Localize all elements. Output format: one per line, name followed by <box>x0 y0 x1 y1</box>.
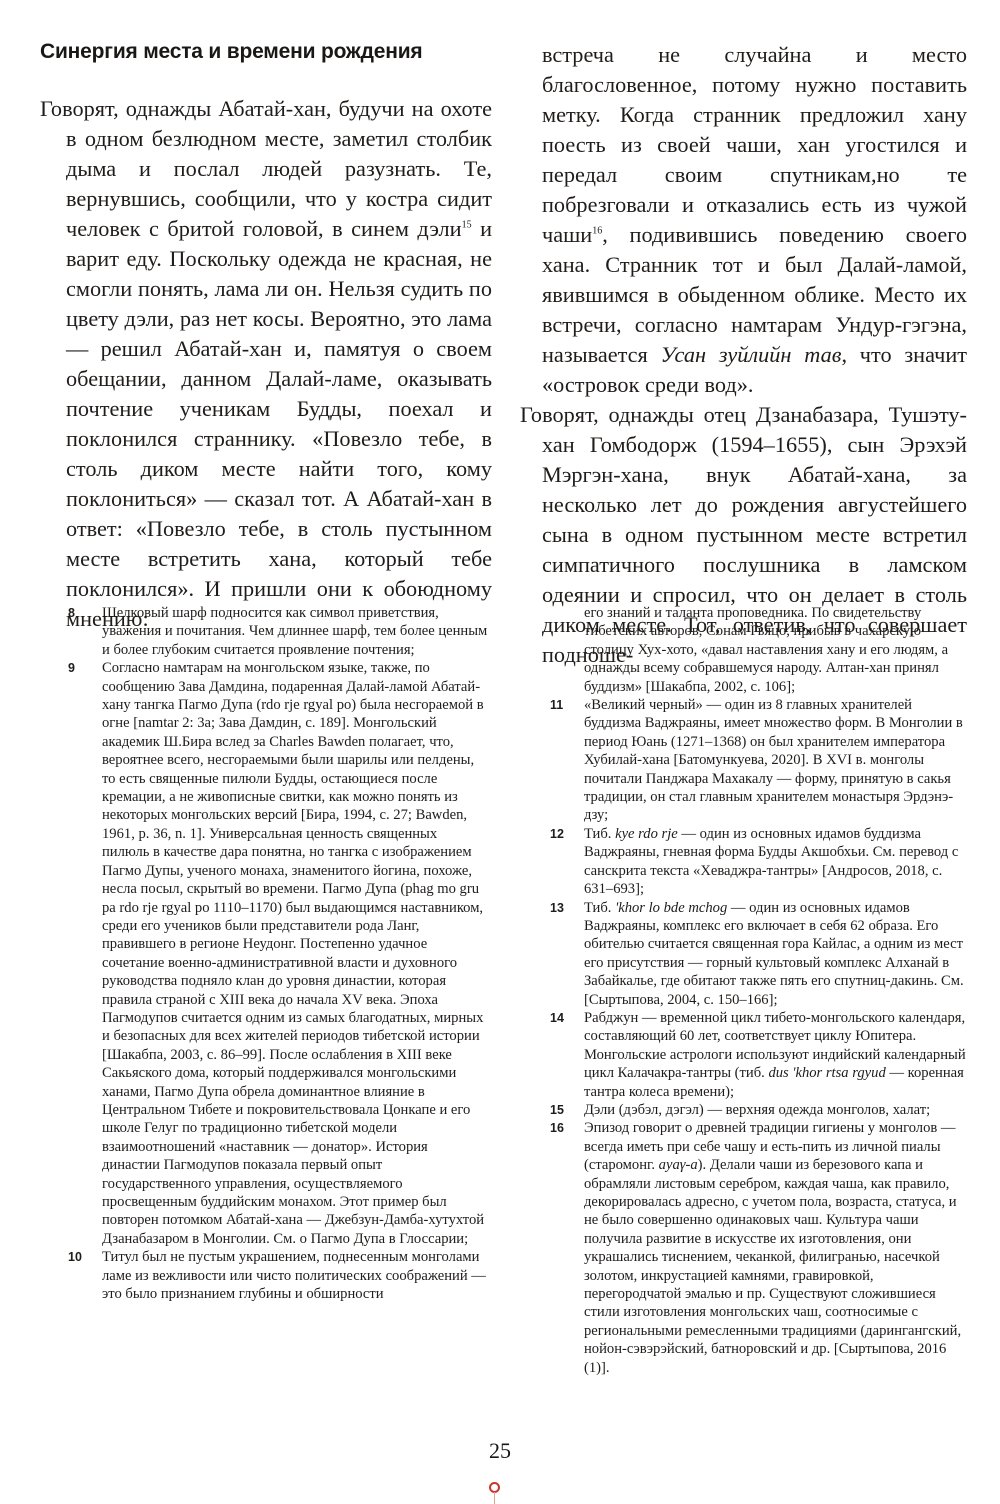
footnote-text: Тиб. <box>584 900 615 916</box>
footnote-text: «Великий черный» — один из 8 главных хра… <box>584 697 963 823</box>
footnote-text: Титул был не пустым украшением, поднесен… <box>102 1249 486 1302</box>
main-text-right-column: встреча не случайна и место благословенн… <box>520 40 967 670</box>
footnotes-right-column: его знаний и таланта проповедника. По св… <box>550 604 970 1377</box>
footnote-ref-15[interactable]: 15 <box>462 220 472 231</box>
page-number: 25 <box>0 1438 1000 1464</box>
footnote-14: 14Рабджун — временной цикл тибето-монгол… <box>550 1009 970 1101</box>
pin-stem <box>494 1492 495 1504</box>
footnote-text: Шелковый шарф подносится как символ прив… <box>102 605 487 658</box>
footnote-text: Тиб. <box>584 826 615 842</box>
paragraph-text: и варит еду. Поскольку одежда не красная… <box>66 216 492 631</box>
footnote-text: Дэли (дэбэл, дэгэл) — верхняя одежда мон… <box>584 1102 930 1118</box>
footnote-9: 9Согласно намтарам на монгольском языке,… <box>68 659 488 1248</box>
footnote-16: 16Эпизод говорит о древней традиции гиги… <box>550 1119 970 1377</box>
paragraph-text: Говорят, однажды Абатай-хан, будучи на о… <box>40 96 492 241</box>
book-page: Синергия места и времени рождения Говоря… <box>0 0 1000 1504</box>
footnote-8: 8Шелковый шарф подносится как символ при… <box>68 604 488 659</box>
main-text-left-column: Синергия места и времени рождения Говоря… <box>40 38 492 634</box>
footnote-ref-16[interactable]: 16 <box>592 226 602 237</box>
italic-term: ayaγ-a <box>659 1157 698 1173</box>
footnote-text: ). Делали чаши из березового капа и обра… <box>584 1157 961 1375</box>
paragraph-continuation: встреча не случайна и место благословенн… <box>520 40 967 400</box>
footnote-text: его знаний и таланта проповедника. По св… <box>584 605 948 695</box>
paragraph-text: встреча не случайна и место благословенн… <box>542 42 967 247</box>
italic-term: Усан зуйлийн тав <box>661 342 842 367</box>
footnote-number: 12 <box>550 825 574 843</box>
footnote-number: 10 <box>68 1248 92 1266</box>
footnote-13: 13Тиб. 'khor lo bde mchog — один из осно… <box>550 899 970 1009</box>
footnote-number: 9 <box>68 659 92 677</box>
paragraph-abatai-khan-hunt: Говорят, однажды Абатай-хан, будучи на о… <box>40 94 492 634</box>
footnotes-left-column: 8Шелковый шарф подносится как символ при… <box>68 604 488 1303</box>
footnote-number: 11 <box>550 696 574 714</box>
footnote-15: 15Дэли (дэбэл, дэгэл) — верхняя одежда м… <box>550 1101 970 1119</box>
footnote-number: 8 <box>68 604 92 622</box>
footnote-10: 10Титул был не пустым украшением, поднес… <box>68 1248 488 1303</box>
footnote-number: 16 <box>550 1119 574 1137</box>
italic-term: kye rdo rje <box>615 826 678 842</box>
footnote-10-continuation: его знаний и таланта проповедника. По св… <box>550 604 970 696</box>
italic-term: dus 'khor rtsa rgyud <box>768 1065 885 1081</box>
footnote-number: 15 <box>550 1101 574 1119</box>
footnote-number: 13 <box>550 899 574 917</box>
page-marker-pin-icon <box>489 1482 500 1504</box>
italic-term: 'khor lo bde mchog <box>615 900 727 916</box>
footnote-text: Согласно намтарам на монгольском языке, … <box>102 660 484 1247</box>
footnote-number: 14 <box>550 1009 574 1027</box>
footnote-11: 11«Великий черный» — один из 8 главных х… <box>550 696 970 825</box>
section-heading: Синергия места и времени рождения <box>40 38 492 66</box>
footnote-12: 12Тиб. kye rdo rje — один из основных ид… <box>550 825 970 899</box>
